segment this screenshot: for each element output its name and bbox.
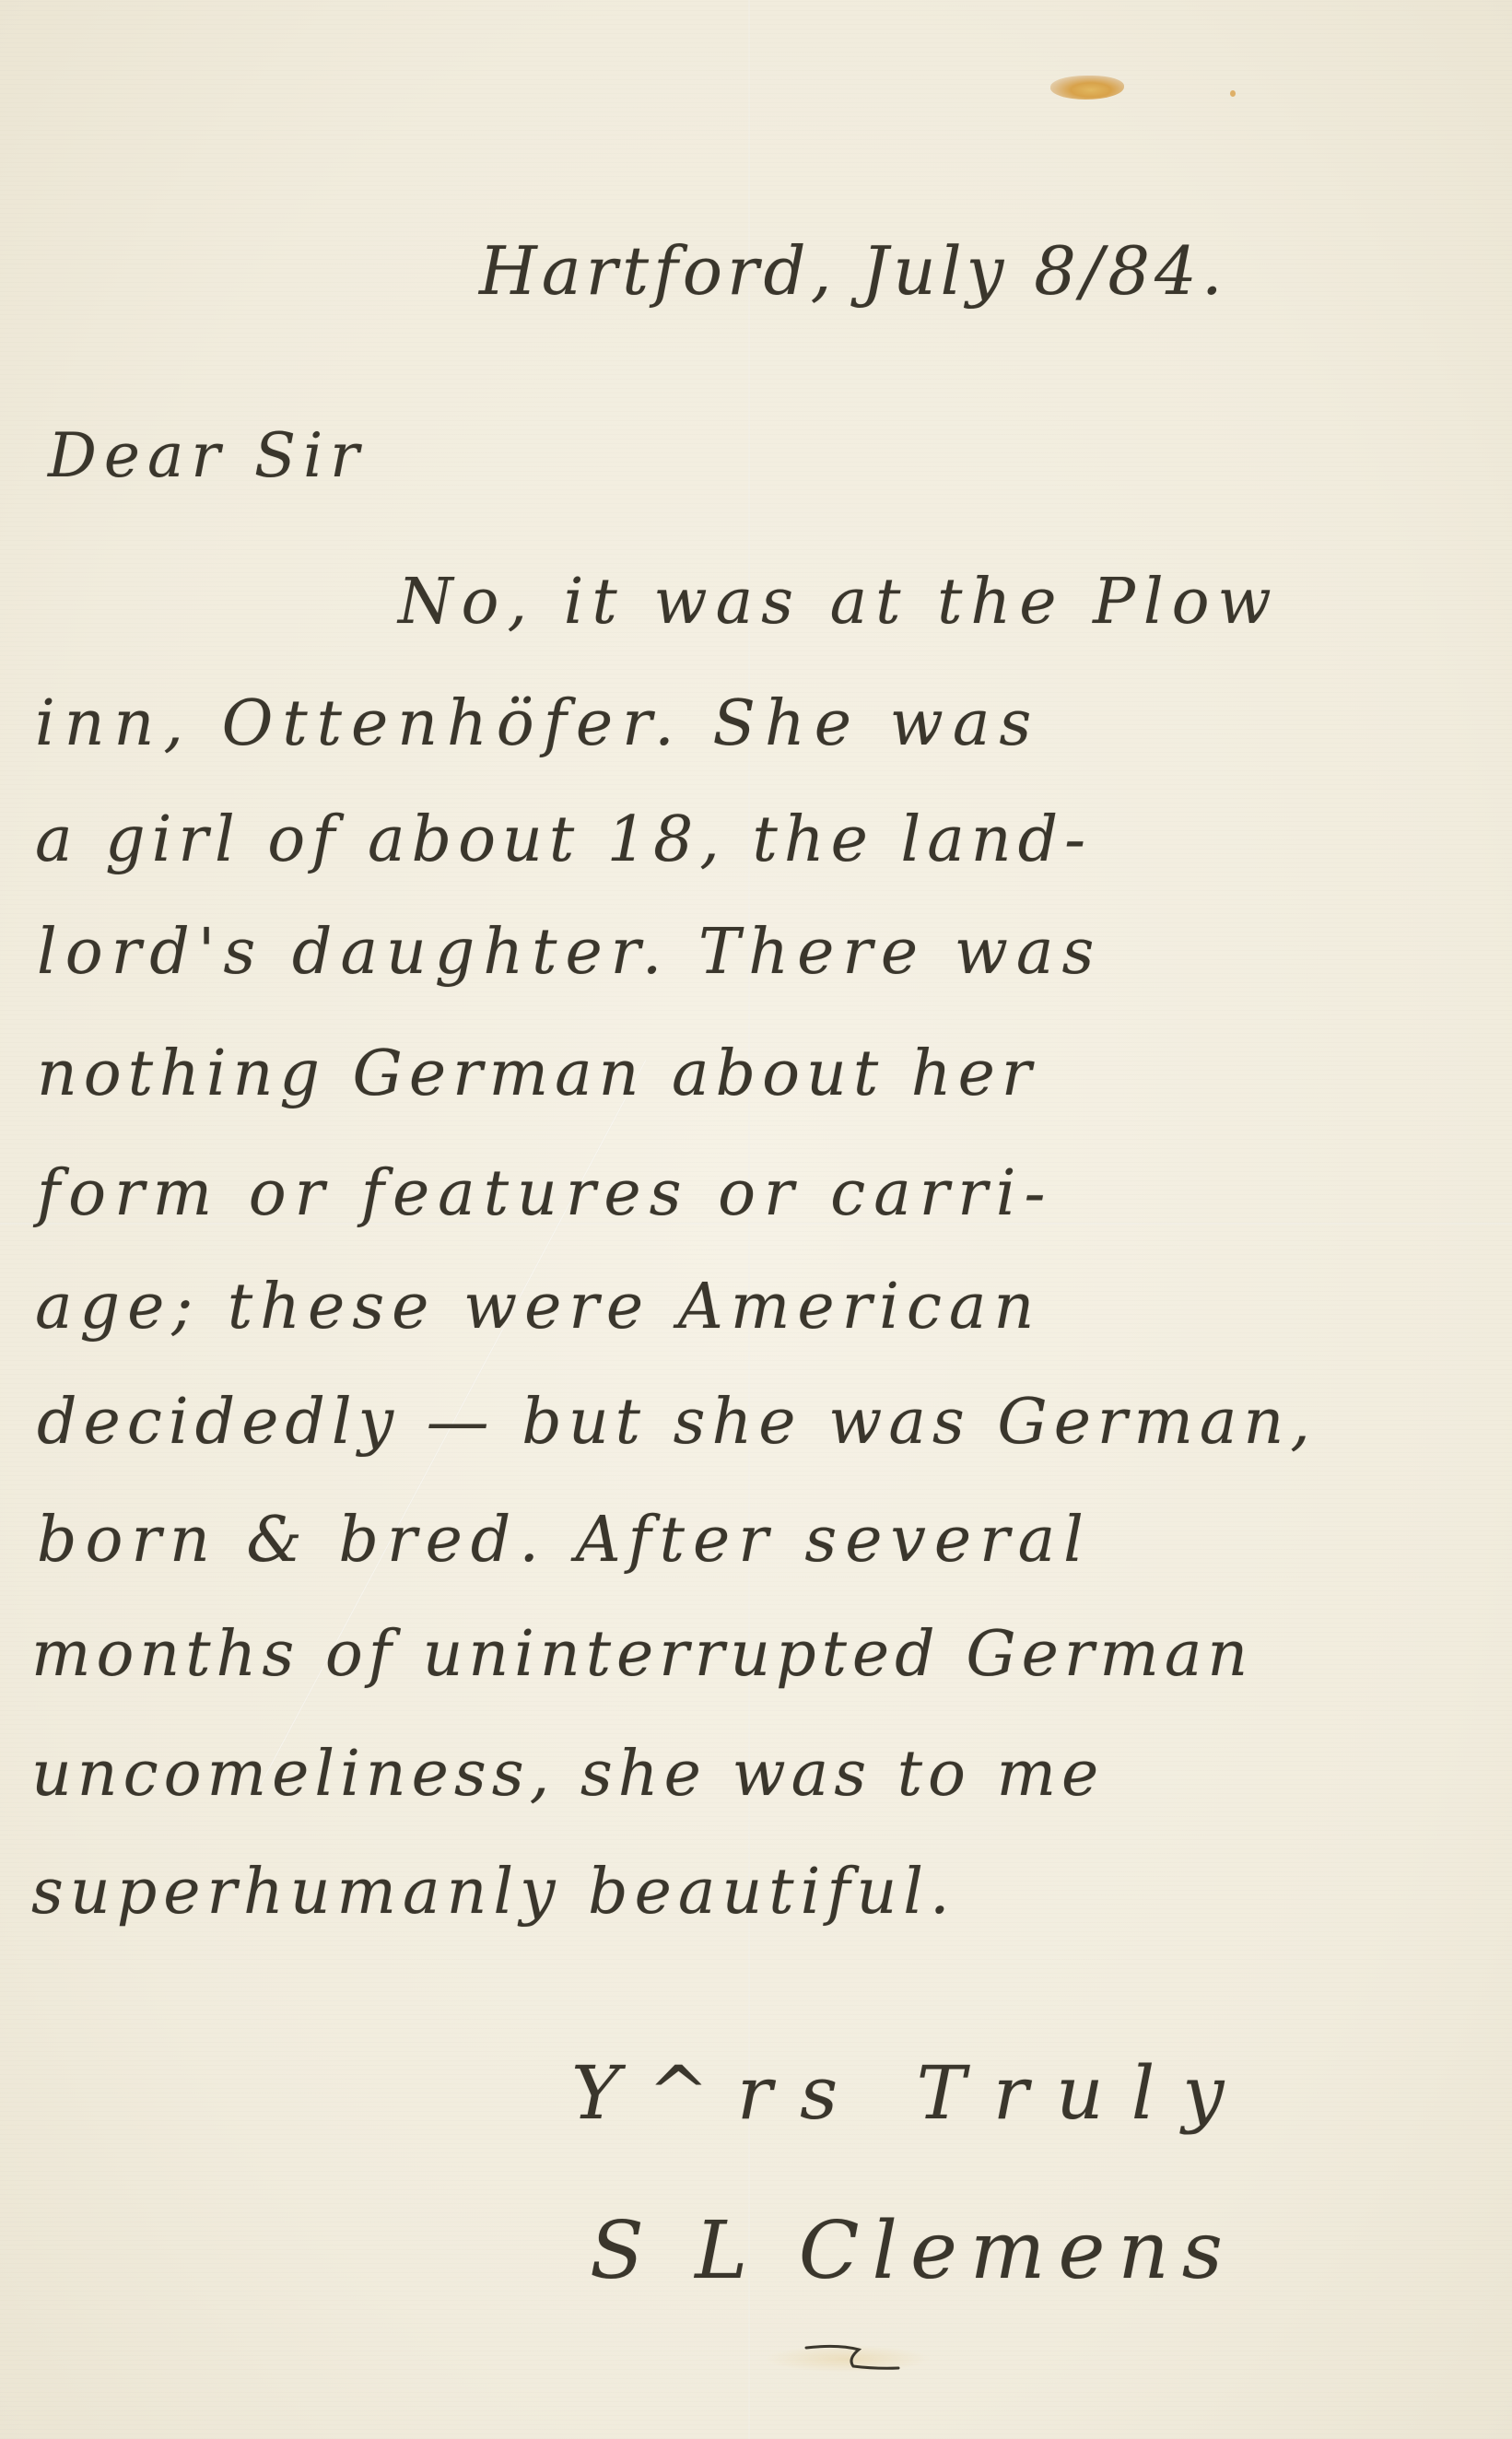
closing: Y^rs Truly	[571, 2057, 1251, 2130]
body-line-11: uncomeliness, she was to me	[31, 1743, 1104, 1806]
stain-mark-top	[1050, 76, 1124, 100]
salutation: Dear Sir	[48, 426, 367, 487]
dateline: Hartford, July 8/84.	[479, 238, 1227, 304]
signature: S L Clemens	[590, 2211, 1236, 2291]
stain-dot-top	[1230, 90, 1236, 97]
body-line-12: superhumanly beautiful.	[31, 1861, 956, 1924]
body-line-5: nothing German about her	[37, 1043, 1037, 1106]
body-line-3: a girl of about 18, the land-	[35, 809, 1092, 872]
signature-flourish-icon	[802, 2339, 903, 2375]
body-line-8: decidedly — but she was German,	[37, 1391, 1317, 1454]
body-line-1: No, it was at the Plow	[398, 571, 1280, 634]
body-line-10: months of uninterrupted German	[31, 1624, 1253, 1686]
body-line-9: born & bred. After several	[37, 1509, 1092, 1572]
body-line-4: lord's daughter. There was	[37, 921, 1102, 984]
body-line-6: form or features or carri-	[37, 1163, 1054, 1225]
body-line-7: age; these were American	[35, 1276, 1041, 1339]
body-line-2: inn, Ottenhöfer. She was	[35, 693, 1040, 756]
letter-page: Hartford, July 8/84. Dear Sir No, it was…	[0, 0, 1512, 2439]
